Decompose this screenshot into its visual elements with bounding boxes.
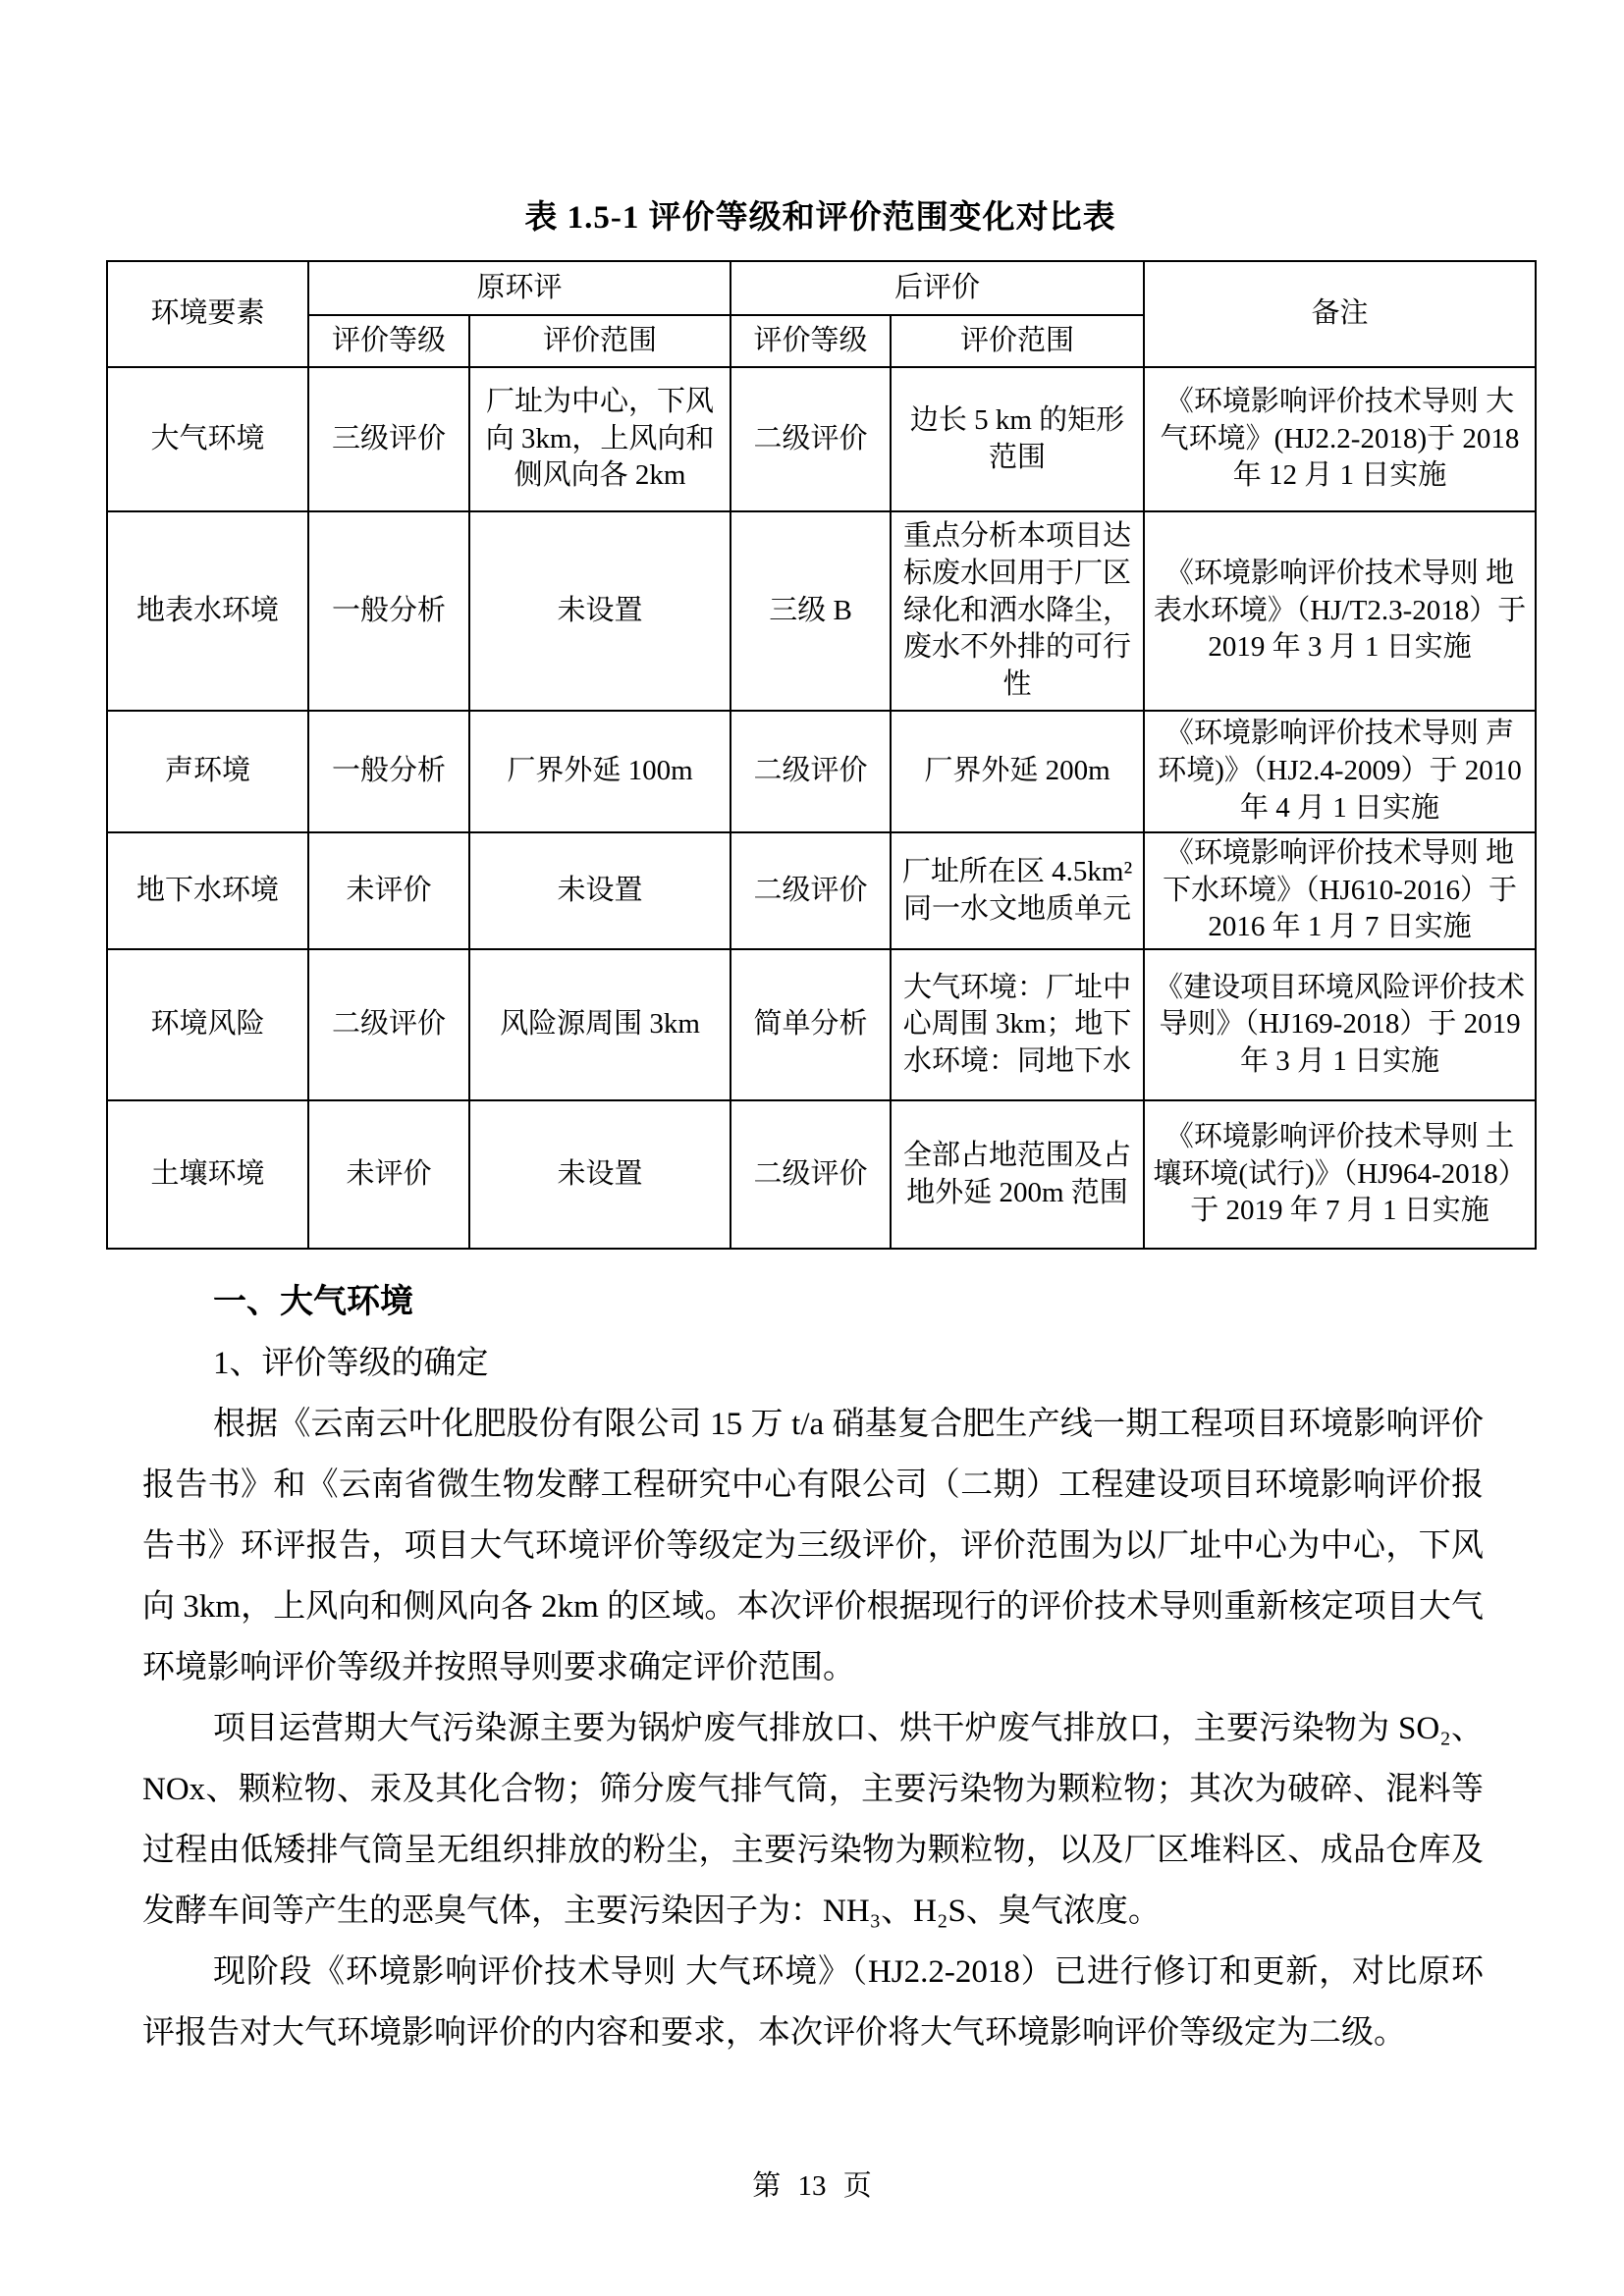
cell-orig-level: 一般分析 <box>308 711 469 832</box>
cell-element: 大气环境 <box>107 367 308 511</box>
cell-note: 《环境影响评价技术导则 声环境)》（HJ2.4-2009）于 2010 年 4 … <box>1144 711 1536 832</box>
table-title: 表 1.5-1 评价等级和评价范围变化对比表 <box>106 196 1535 240</box>
cell-orig-scope: 未设置 <box>469 511 731 711</box>
cell-orig-level: 三级评价 <box>308 367 469 511</box>
body-text: 一、大气环境 1、评价等级的确定 根据《云南云叶化肥股份有限公司 15 万 t/… <box>142 1272 1484 2063</box>
cell-post-level: 二级评价 <box>731 367 891 511</box>
cell-note: 《环境影响评价技术导则 土壤环境(试行)》（HJ964-2018）于 2019 … <box>1144 1100 1536 1249</box>
cell-element: 地下水环境 <box>107 832 308 949</box>
header-original-level: 评价等级 <box>308 315 469 367</box>
cell-note: 《环境影响评价技术导则 地表水环境》（HJ/T2.3-2018）于 2019 年… <box>1144 511 1536 711</box>
cell-element: 环境风险 <box>107 949 308 1100</box>
cell-orig-level: 未评价 <box>308 1100 469 1249</box>
cell-post-scope: 全部占地范围及占地外延 200m 范围 <box>891 1100 1144 1249</box>
cell-orig-level: 二级评价 <box>308 949 469 1100</box>
cell-orig-scope: 厂址为中心，下风向 3km，上风向和侧风向各 2km <box>469 367 731 511</box>
cell-element: 地表水环境 <box>107 511 308 711</box>
cell-orig-level: 一般分析 <box>308 511 469 711</box>
header-post-eia-group: 后评价 <box>731 261 1144 315</box>
cell-note: 《建设项目环境风险评价技术导则》（HJ169-2018）于 2019 年 3 月… <box>1144 949 1536 1100</box>
cell-post-scope: 厂界外延 200m <box>891 711 1144 832</box>
comparison-table: 环境要素 原环评 后评价 备注 评价等级 评价范围 评价等级 评价范围 大气环境… <box>106 260 1537 1250</box>
cell-post-scope: 边长 5 km 的矩形范围 <box>891 367 1144 511</box>
cell-orig-scope: 未设置 <box>469 1100 731 1249</box>
cell-post-scope: 重点分析本项目达标废水回用于厂区绿化和洒水降尘，废水不外排的可行性 <box>891 511 1144 711</box>
section-heading: 一、大气环境 <box>142 1272 1484 1333</box>
table-row-surface-water: 地表水环境 一般分析 未设置 三级 B 重点分析本项目达标废水回用于厂区绿化和洒… <box>107 511 1536 711</box>
paragraph-basis: 根据《云南云叶化肥股份有限公司 15 万 t/a 硝基复合肥生产线一期工程项目环… <box>142 1394 1484 1698</box>
paragraph-pollution-sources: 项目运营期大气污染源主要为锅炉废气排放口、烘干炉废气排放口，主要污染物为 SO₂… <box>142 1698 1484 1942</box>
cell-post-level: 二级评价 <box>731 1100 891 1249</box>
header-element: 环境要素 <box>107 261 308 367</box>
cell-orig-scope: 风险源周围 3km <box>469 949 731 1100</box>
header-original-eia-group: 原环评 <box>308 261 731 315</box>
subsection-heading: 1、评价等级的确定 <box>142 1333 1484 1394</box>
cell-post-level: 二级评价 <box>731 832 891 949</box>
cell-element: 土壤环境 <box>107 1100 308 1249</box>
document-page: 表 1.5-1 评价等级和评价范围变化对比表 环境要素 原环评 后评价 备注 评… <box>0 0 1624 2296</box>
cell-orig-level: 未评价 <box>308 832 469 949</box>
table-row-soil: 土壤环境 未评价 未设置 二级评价 全部占地范围及占地外延 200m 范围 《环… <box>107 1100 1536 1249</box>
paragraph-conclusion: 现阶段《环境影响评价技术导则 大气环境》（HJ2.2-2018）已进行修订和更新… <box>142 1942 1484 2063</box>
table-row-groundwater: 地下水环境 未评价 未设置 二级评价 厂址所在区 4.5km² 同一水文地质单元… <box>107 832 1536 949</box>
table-header-row-groups: 环境要素 原环评 后评价 备注 <box>107 261 1536 315</box>
table-row-atmosphere: 大气环境 三级评价 厂址为中心，下风向 3km，上风向和侧风向各 2km 二级评… <box>107 367 1536 511</box>
header-post-level: 评价等级 <box>731 315 891 367</box>
header-note: 备注 <box>1144 261 1536 367</box>
table-row-environmental-risk: 环境风险 二级评价 风险源周围 3km 简单分析 大气环境：厂址中心周围 3km… <box>107 949 1536 1100</box>
table-row-noise: 声环境 一般分析 厂界外延 100m 二级评价 厂界外延 200m 《环境影响评… <box>107 711 1536 832</box>
header-post-scope: 评价范围 <box>891 315 1144 367</box>
header-original-scope: 评价范围 <box>469 315 731 367</box>
cell-orig-scope: 未设置 <box>469 832 731 949</box>
cell-note: 《环境影响评价技术导则 地下水环境》（HJ610-2016）于 2016 年 1… <box>1144 832 1536 949</box>
cell-post-level: 简单分析 <box>731 949 891 1100</box>
cell-post-level: 二级评价 <box>731 711 891 832</box>
cell-element: 声环境 <box>107 711 308 832</box>
cell-post-scope: 厂址所在区 4.5km² 同一水文地质单元 <box>891 832 1144 949</box>
cell-post-scope: 大气环境：厂址中心周围 3km；地下水环境：同地下水 <box>891 949 1144 1100</box>
cell-note: 《环境影响评价技术导则 大气环境》(HJ2.2-2018)于 2018 年 12… <box>1144 367 1536 511</box>
cell-orig-scope: 厂界外延 100m <box>469 711 731 832</box>
cell-post-level: 三级 B <box>731 511 891 711</box>
page-number: 第 13 页 <box>0 2163 1624 2204</box>
